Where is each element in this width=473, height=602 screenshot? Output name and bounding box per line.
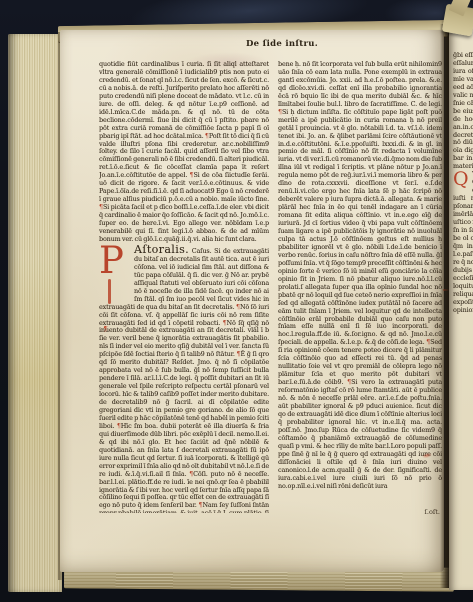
left-column-text: quotidie fiūt cardinalibus ī curia. ſi ſ…: [99, 61, 269, 244]
running-header: De ſide inſtru.: [246, 39, 376, 49]
facing-page-section: Q Via ſepe cōtingit vt decretales epiſto…: [453, 171, 473, 314]
section-name: Aſtoralis.: [134, 243, 189, 256]
photo-of-open-incunable: De ſide inſtru. quotidie fiūt cardinalib…: [0, 0, 473, 602]
catchword: ſ.oſt.: [360, 508, 440, 516]
drop-cap-initial-q: Q: [453, 171, 469, 188]
left-page: De ſide inſtru. quotidie fiūt cardinalib…: [60, 30, 444, 572]
right-column-text: bene ḥ. nō ſit īcorporata vel ſub bulla …: [278, 61, 442, 490]
facing-page-sliver: ḡbi eſſātes ſucta dine ī libris dine cū …: [449, 24, 473, 590]
text-column-left: quotidie fiūt cardinalibus ī curia. ſi ſ…: [99, 61, 269, 513]
facing-page-text-top: ḡbi eſſātes ſucta dine ī libris dine cū …: [453, 52, 473, 171]
drop-cap-initial-p: P: [99, 245, 129, 301]
facing-page-text-bottom: Via ſepe cōtingit vt decretales epiſtole…: [453, 171, 473, 313]
book-fore-edge-page-stack: [8, 34, 62, 592]
text-column-right: bene ḥ. nō ſit īcorporata vel ſub bulla …: [278, 61, 442, 508]
facing-page-text-column: ḡbi eſſātes ſucta dine ī libris dine cū …: [453, 52, 473, 314]
pastoralis-section: PAſtoralis. Caſus. Si de extrauagāti du …: [99, 244, 269, 513]
